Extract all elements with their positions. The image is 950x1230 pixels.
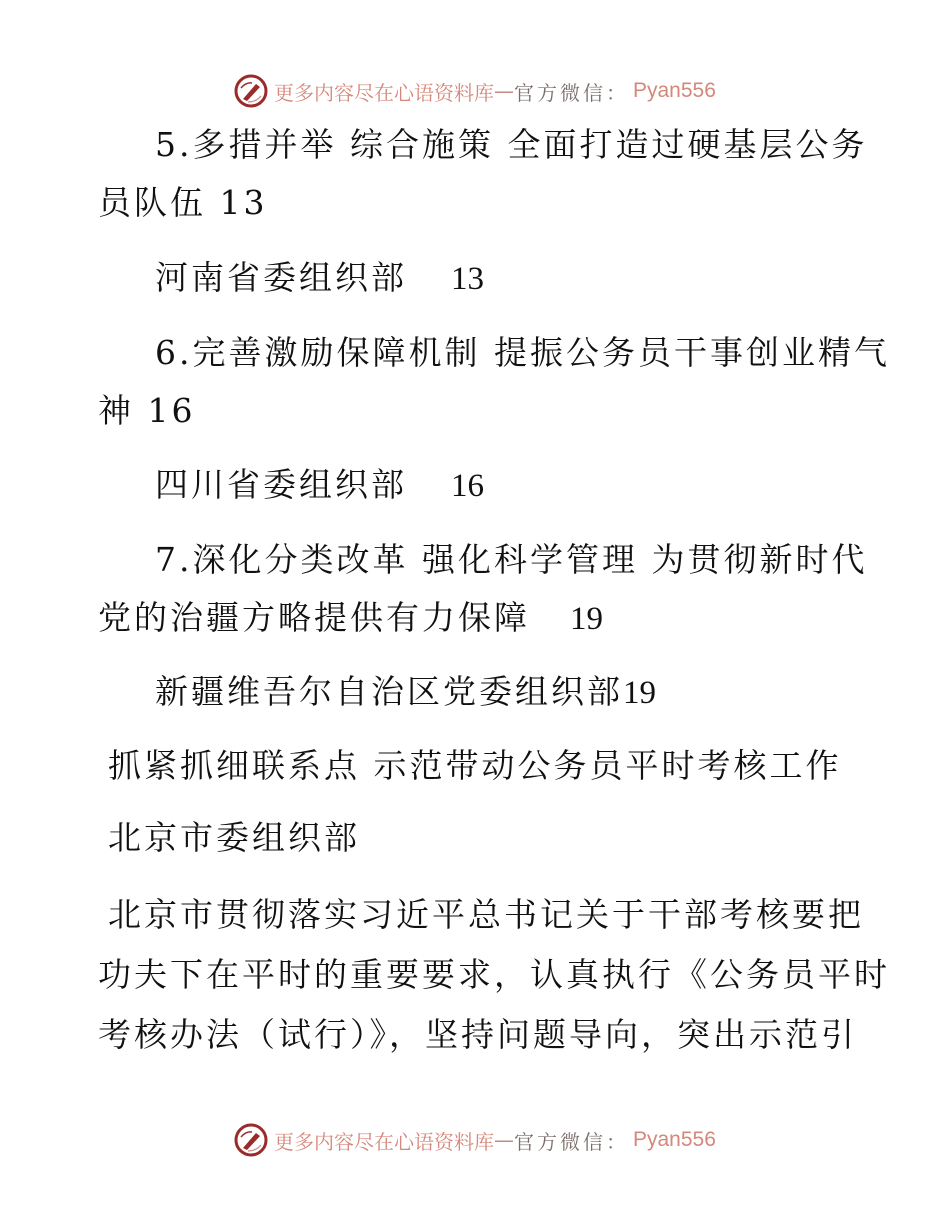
toc-entry-5-page: 13 — [451, 261, 484, 297]
article-body-line-2: 功夫下在平时的重要要求，认真执行《公务员平时 — [98, 955, 890, 995]
toc-entry-7-title-line1[interactable]: 7.深化分类改革 强化科学管理 为贯彻新时代 — [155, 540, 867, 580]
toc-entry-7-title-text: 党的治疆方略提供有力保障 — [98, 598, 530, 637]
banner-wechat-label: 官方微信： — [514, 1126, 629, 1155]
banner-dash: — — [494, 1128, 514, 1152]
toc-entry-5-title-line1[interactable]: 5.多措并举 综合施策 全面打造过硬基层公务 — [155, 125, 867, 165]
article-body-line-1: 北京市贯彻落实习近平总书记关于干部考核要把 — [108, 895, 864, 935]
quill-pen-logo-icon — [234, 74, 268, 108]
toc-entry-7-title-page: 19 — [570, 601, 603, 637]
toc-entry-5-title-line2[interactable]: 员队伍 13 — [98, 183, 267, 223]
toc-entry-7-org[interactable]: 新疆维吾尔自治区党委组织部19 — [155, 672, 656, 713]
toc-entry-5-org-name: 河南省委组织部 — [155, 258, 407, 297]
toc-entry-5-org[interactable]: 河南省委组织部13 — [155, 258, 484, 299]
footer-banner: 更多内容尽在心语资料库 — 官方微信： Pyan556 — [234, 1120, 716, 1160]
banner-dash: — — [494, 79, 514, 103]
banner-wechat-label: 官方微信： — [514, 77, 629, 106]
toc-entry-6-title-line2[interactable]: 神 16 — [98, 391, 195, 431]
quill-pen-logo-icon — [234, 1123, 268, 1157]
header-banner: 更多内容尽在心语资料库 — 官方微信： Pyan556 — [234, 71, 716, 111]
banner-wechat-id: Pyan556 — [633, 79, 716, 103]
article-body-line-3: 考核办法（试行）》，坚持问题导向，突出示范引 — [98, 1015, 857, 1055]
toc-entry-7-org-name: 新疆维吾尔自治区党委组织部 — [155, 672, 623, 711]
toc-entry-6-page: 16 — [451, 468, 484, 504]
toc-entry-6-org-name: 四川省委组织部 — [155, 465, 407, 504]
banner-wechat-id: Pyan556 — [633, 1128, 716, 1152]
toc-entry-7-title-line2[interactable]: 党的治疆方略提供有力保障19 — [98, 598, 603, 639]
toc-entry-7-page: 19 — [623, 675, 656, 711]
banner-promo-text: 更多内容尽在心语资料库 — [274, 77, 494, 106]
toc-entry-6-title-line1[interactable]: 6.完善激励保障机制 提振公务员干事创业精气 — [155, 333, 890, 373]
article-heading: 抓紧抓细联系点 示范带动公务员平时考核工作 — [108, 746, 842, 786]
banner-promo-text: 更多内容尽在心语资料库 — [274, 1126, 494, 1155]
toc-entry-6-org[interactable]: 四川省委组织部16 — [155, 465, 484, 506]
article-author: 北京市委组织部 — [108, 818, 360, 858]
